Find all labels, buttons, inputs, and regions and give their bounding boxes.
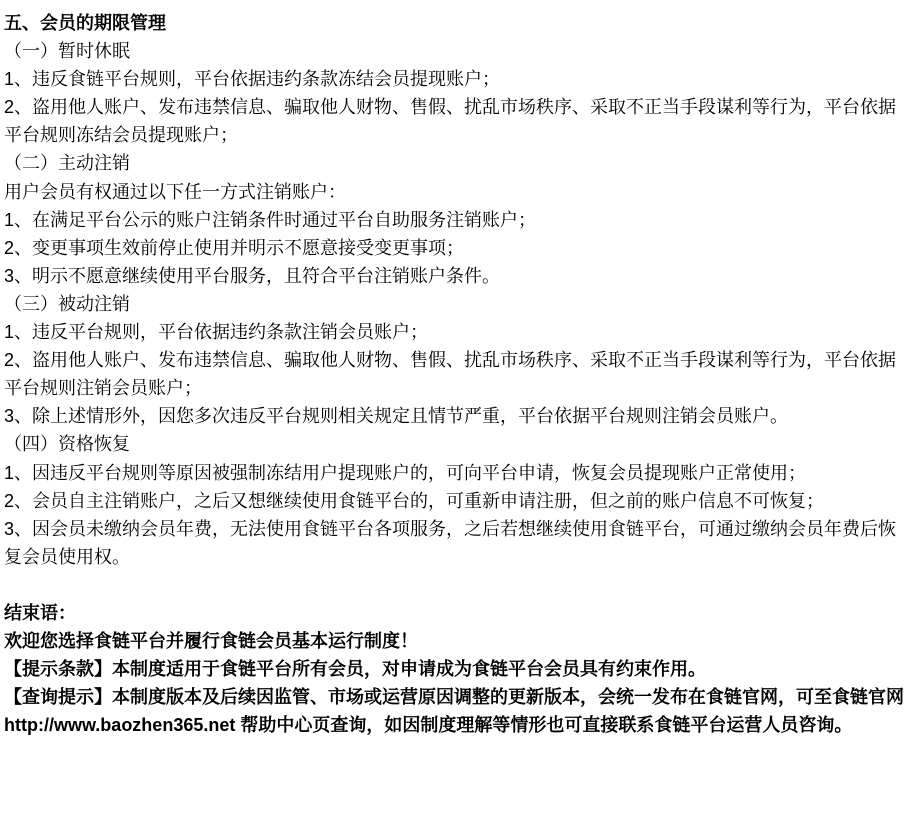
- doc-body: （一）暂时休眠1、违反食链平台规则，平台依据违约条款冻结会员提现账户；2、盗用他…: [4, 37, 914, 571]
- clause: 2、盗用他人账户、发布违禁信息、骗取他人财物、售假、扰乱市场秩序、采取不正当手段…: [4, 346, 914, 374]
- text-run: 2、盗用他人账户、发布违禁信息、骗取他人财物、售假、扰乱市场秩序、采取不正当手段…: [4, 350, 896, 370]
- text-run: 1、因违反平台规则等原因被强制冻结用户提现账户的，可向平台申请，恢复会员提现账户…: [4, 463, 806, 483]
- text-run: （二）主动注销: [4, 153, 130, 173]
- heading-passive-cancellation: （三）被动注销: [4, 290, 914, 318]
- clause: 1、在满足平台公示的账户注销条件时通过平台自助服务注销账户；: [4, 206, 914, 234]
- text-run: 1、违反食链平台规则，平台依据违约条款冻结会员提现账户；: [4, 69, 500, 89]
- clause: 2、变更事项生效前停止使用并明示不愿意接受变更事项；: [4, 234, 914, 262]
- text-run: 1、违反平台规则，平台依据违约条款注销会员账户；: [4, 322, 428, 342]
- help-center-url: http://www.baozhen365.net: [4, 715, 235, 735]
- closing-query-notice: 【查询提示】本制度版本及后续因监管、市场或运营原因调整的更新版本，会统一发布在食…: [4, 683, 914, 711]
- doc-title: 五、会员的期限管理: [4, 9, 914, 37]
- text-run: （四）资格恢复: [4, 434, 130, 454]
- text-run: 【提示条款】本制度适用于食链平台所有会员，对申请成为食链平台会员具有约束作用。: [4, 659, 706, 679]
- clause-continued: 平台规则冻结会员提现账户；: [4, 121, 914, 149]
- clause: 2、盗用他人账户、发布违禁信息、骗取他人财物、售假、扰乱市场秩序、采取不正当手段…: [4, 93, 914, 121]
- text-run: 【查询提示】本制度版本及后续因监管、市场或运营原因调整的更新版本，会统一发布在食…: [4, 687, 904, 707]
- text-run: 1、在满足平台公示的账户注销条件时通过平台自助服务注销账户；: [4, 210, 536, 230]
- closing-welcome: 欢迎您选择食链平台并履行食链会员基本运行制度！: [4, 627, 914, 655]
- text-run: 2、会员自主注销账户，之后又想继续使用食链平台的，可重新申请注册，但之前的账户信…: [4, 491, 824, 511]
- text-run: 用户会员有权通过以下任一方式注销账户：: [4, 182, 346, 202]
- clause: 1、违反食链平台规则，平台依据违约条款冻结会员提现账户；: [4, 65, 914, 93]
- text-run: （三）被动注销: [4, 294, 130, 314]
- clause-continued: 复会员使用权。: [4, 543, 914, 571]
- closing-text: 帮助中心页查询，如因制度理解等情形也可直接联系食链平台运营人员咨询。: [235, 715, 852, 735]
- text-run: （一）暂时休眠: [4, 41, 130, 61]
- heading-voluntary-cancellation: （二）主动注销: [4, 149, 914, 177]
- text-run: 欢迎您选择食链平台并履行食链会员基本运行制度！: [4, 631, 418, 651]
- text-run: 复会员使用权。: [4, 547, 130, 567]
- text-run: 2、盗用他人账户、发布违禁信息、骗取他人财物、售假、扰乱市场秩序、采取不正当手段…: [4, 97, 896, 117]
- text-run: 平台规则冻结会员提现账户；: [4, 125, 238, 145]
- closing-heading: 结束语：: [4, 599, 914, 627]
- clause: 3、因会员未缴纳会员年费，无法使用食链平台各项服务，之后若想继续使用食链平台，可…: [4, 515, 914, 543]
- text-run: 3、除上述情形外，因您多次违反平台规则相关规定且情节严重，平台依据平台规则注销会…: [4, 406, 788, 426]
- clause-continued: 平台规则注销会员账户；: [4, 374, 914, 402]
- doc-closing: 结束语：欢迎您选择食链平台并履行食链会员基本运行制度！【提示条款】本制度适用于食…: [4, 599, 914, 739]
- closing-query-notice-continued: http://www.baozhen365.net 帮助中心页查询，如因制度理解…: [4, 711, 914, 739]
- clause: 3、明示不愿意继续使用平台服务，且符合平台注销账户条件。: [4, 262, 914, 290]
- heading-qualification-recovery: （四）资格恢复: [4, 430, 914, 458]
- text-run: 平台规则注销会员账户；: [4, 378, 202, 398]
- text-run: 结束语：: [4, 603, 76, 623]
- closing-notice-clause: 【提示条款】本制度适用于食链平台所有会员，对申请成为食链平台会员具有约束作用。: [4, 655, 914, 683]
- heading-temporary-suspension: （一）暂时休眠: [4, 37, 914, 65]
- clause-intro: 用户会员有权通过以下任一方式注销账户：: [4, 178, 914, 206]
- text-run: 3、因会员未缴纳会员年费，无法使用食链平台各项服务，之后若想继续使用食链平台，可…: [4, 519, 896, 539]
- text-run: 2、变更事项生效前停止使用并明示不愿意接受变更事项；: [4, 238, 464, 258]
- clause: 3、除上述情形外，因您多次违反平台规则相关规定且情节严重，平台依据平台规则注销会…: [4, 402, 914, 430]
- clause: 1、因违反平台规则等原因被强制冻结用户提现账户的，可向平台申请，恢复会员提现账户…: [4, 459, 914, 487]
- clause: 1、违反平台规则，平台依据违约条款注销会员账户；: [4, 318, 914, 346]
- text-run: 3、明示不愿意继续使用平台服务，且符合平台注销账户条件。: [4, 266, 500, 286]
- terms-document: 五、会员的期限管理 （一）暂时休眠1、违反食链平台规则，平台依据违约条款冻结会员…: [0, 0, 920, 739]
- clause: 2、会员自主注销账户，之后又想继续使用食链平台的，可重新申请注册，但之前的账户信…: [4, 487, 914, 515]
